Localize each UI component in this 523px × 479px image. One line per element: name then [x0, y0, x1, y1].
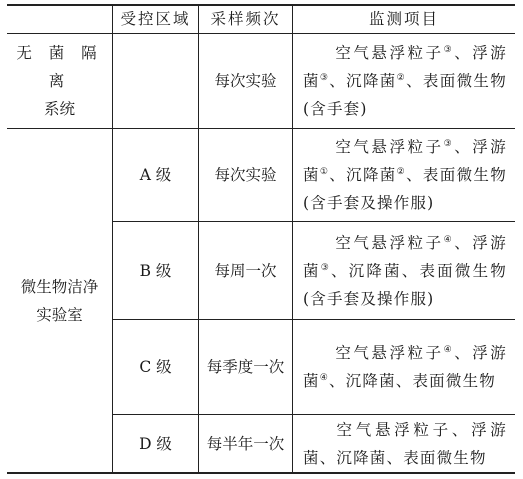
item-text: 空气悬浮粒子: [334, 344, 444, 362]
zone-cell-aseptic: [113, 34, 198, 128]
monitoring-table: 受控区域 采样频次 监测项目 无 菌 隔 离 系统 每次实验 空气悬浮粒子③、浮…: [7, 4, 515, 474]
footnote-mark: ②: [397, 167, 406, 177]
header-system: [7, 5, 112, 33]
zone-cell-b: B 级: [113, 222, 198, 319]
frequency-cell-c: 每季度一次: [199, 320, 292, 414]
items-cell-aseptic: 空气悬浮粒子③、浮游菌③、沉降菌②、表面微生物(含手套): [293, 34, 515, 128]
frequency-cell-a: 每次实验: [199, 129, 292, 221]
system-aseptic-isolator: 无 菌 隔 离 系统: [7, 34, 112, 128]
footnote-mark: ④: [444, 235, 455, 245]
system-clean-lab: 微生物洁净 实验室: [7, 129, 112, 472]
item-text: 空气悬浮粒子、浮游菌、沉降菌、表面微生物: [303, 421, 507, 467]
item-text: 、沉降菌: [329, 72, 396, 90]
footnote-mark: ③: [321, 263, 331, 273]
system-line-2: 实验室: [36, 301, 83, 329]
footnote-mark: ③: [444, 139, 455, 149]
item-text: 空气悬浮粒子: [334, 44, 444, 62]
zone-cell-a: A 级: [113, 129, 198, 221]
header-zone: 受控区域: [113, 5, 198, 33]
footnote-mark: ①: [320, 167, 329, 177]
header-items-text: 监测项目: [369, 5, 439, 33]
frequency-cell-d: 每半年一次: [199, 415, 292, 472]
items-cell-c: 空气悬浮粒子④、浮游菌④、沉降菌、表面微生物: [293, 320, 515, 414]
zone-cell-d: D 级: [113, 415, 198, 472]
header-frequency: 采样频次: [199, 5, 292, 33]
system-line-1: 无 菌 隔 离: [7, 39, 112, 95]
header-frequency-text: 采样频次: [210, 5, 280, 33]
item-text: 空气悬浮粒子: [334, 234, 444, 252]
footnote-mark: ④: [444, 345, 455, 355]
table-bottom-rule: [7, 472, 515, 474]
item-text: 、沉降菌、表面微生物(含手套及操作服): [303, 262, 507, 308]
footnote-mark: ③: [444, 45, 455, 55]
items-cell-a: 空气悬浮粒子③、浮游菌①、沉降菌②、表面微生物(含手套及操作服): [293, 129, 515, 221]
footnote-mark: ④: [320, 373, 329, 383]
header-items: 监测项目: [293, 5, 515, 33]
frequency-cell-b: 每周一次: [199, 222, 292, 319]
item-text: 空气悬浮粒子: [334, 138, 444, 156]
zone-cell-c: C 级: [113, 320, 198, 414]
item-text: 、沉降菌、表面微生物: [329, 372, 496, 390]
items-cell-d: 空气悬浮粒子、浮游菌、沉降菌、表面微生物: [293, 415, 515, 472]
item-text: 、沉降菌: [329, 166, 396, 184]
system-line-2: 系统: [44, 95, 75, 123]
footnote-mark: ③: [320, 73, 329, 83]
header-zone-text: 受控区域: [120, 5, 190, 33]
frequency-cell-aseptic: 每次实验: [199, 34, 292, 128]
footnote-mark: ②: [397, 73, 406, 83]
items-cell-b: 空气悬浮粒子④、浮游菌③、沉降菌、表面微生物(含手套及操作服): [293, 222, 515, 319]
system-line-1: 微生物洁净: [21, 273, 99, 301]
